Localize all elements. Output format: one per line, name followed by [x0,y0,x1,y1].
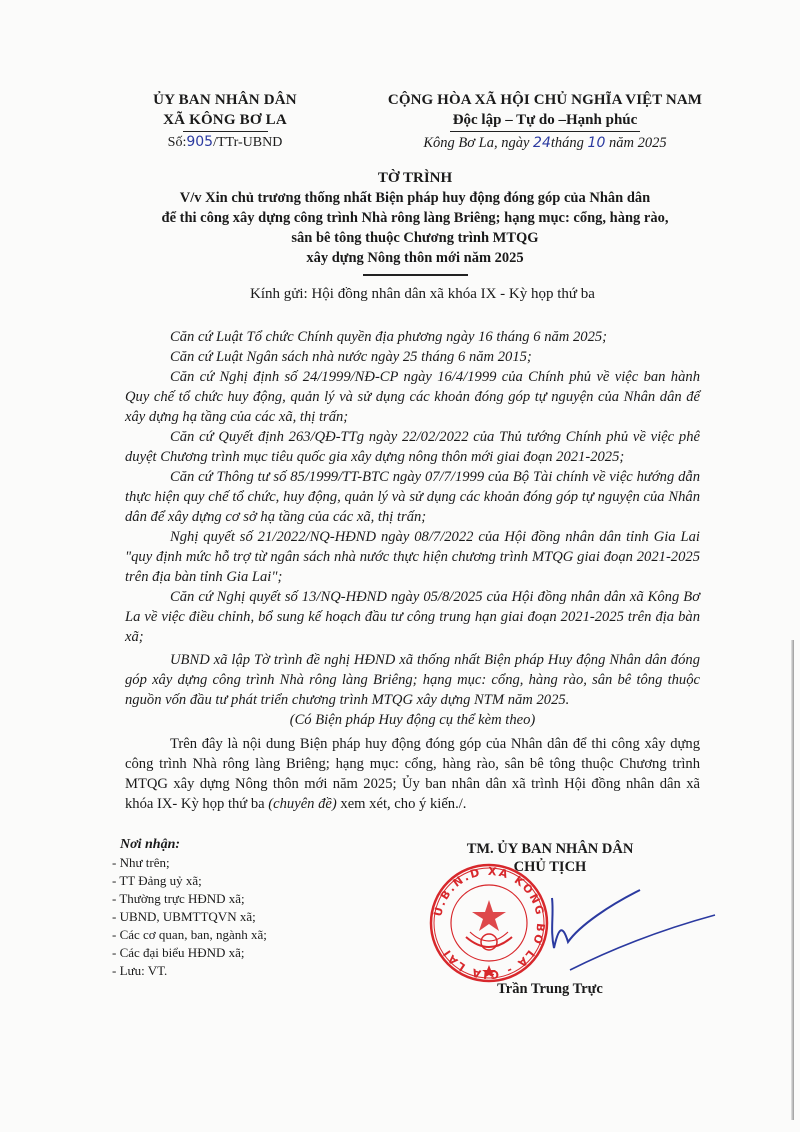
addressee: Kính gửi: Hội đồng nhân dân xã khóa IX -… [250,286,595,303]
signature-block: TM. ỦY BAN NHÂN DÂN CHỦ TỊCH Trần Trung … [420,840,680,998]
subject-line: V/v Xin chủ trương thống nhất Biện pháp … [120,188,710,208]
recipient-item: - TT Đảng uỷ xã; [112,872,267,890]
legal-basis: Căn cứ Luật Ngân sách nhà nước ngày 25 t… [125,347,700,367]
subject-line: để thi công xây dựng công trình Nhà rông… [120,208,710,228]
legal-basis: UBND xã lập Tờ trình đề nghị HĐND xã thố… [125,650,700,710]
authority-line-1: ỦY BAN NHÂN DÂN [140,90,310,110]
on-behalf-of: TM. ỦY BAN NHÂN DÂN [420,840,680,858]
recipients-label: Nơi nhận: [120,836,267,854]
motto-underline [450,131,640,132]
national-title: CỘNG HÒA XÃ HỘI CHỦ NGHĨA VIỆT NAM [355,90,735,110]
recipient-item: - Thường trực HĐND xã; [112,890,267,908]
date-day-handwritten: 24 [533,135,551,151]
subject-line: xây dựng Nông thôn mới năm 2025 [120,248,710,268]
legal-basis: Căn cứ Nghị định số 24/1999/NĐ-CP ngày 1… [125,367,700,427]
subject-line: sân bê tông thuộc Chương trình MTQG [120,228,710,248]
authority-line-2: XÃ KÔNG BƠ LA [140,110,310,130]
legal-basis: Căn cứ Nghị quyết số 13/NQ-HĐND ngày 05/… [125,587,700,647]
legal-basis: Nghị quyết số 21/2022/NQ-HĐND ngày 08/7/… [125,527,700,587]
legal-basis: Căn cứ Quyết định 263/QĐ-TTg ngày 22/02/… [125,427,700,467]
date-year: năm 2025 [605,135,666,151]
recipient-item: - Như trên; [112,854,267,872]
closing-text-end: xem xét, cho ý kiến./. [337,796,467,812]
place-date-line: Kông Bơ La, ngày 24tháng 10 năm 2025 [355,133,735,153]
date-place: Kông Bơ La, ngày [423,135,533,151]
closing-italic: (chuyên đề) [268,796,336,812]
national-heading-block: CỘNG HÒA XÃ HỘI CHỦ NGHĨA VIỆT NAM Độc l… [355,90,735,153]
national-motto: Độc lập – Tự do –Hạnh phúc [355,110,735,130]
recipient-item: - Các đại biểu HĐND xã; [112,944,267,962]
date-month-label: tháng [551,135,588,151]
recipients-block: Nơi nhận: - Như trên; - TT Đảng uỷ xã; -… [112,836,267,980]
recipient-item: - Lưu: VT. [112,962,267,980]
title-underline [363,274,468,276]
document-page: ỦY BAN NHÂN DÂN XÃ KÔNG BƠ LA Số:905/TTr… [0,0,800,1132]
attachment-note: (Có Biện pháp Huy động cụ thể kèm theo) [125,710,700,730]
document-number: Số:905/TTr-UBND [140,132,310,153]
legal-basis: Căn cứ Luật Tổ chức Chính quyền địa phươ… [125,327,700,347]
document-type: TỜ TRÌNH [120,168,710,188]
signer-position: CHỦ TỊCH [420,858,680,876]
recipient-item: - Các cơ quan, ban, ngành xã; [112,926,267,944]
closing-paragraph: Trên đây là nội dung Biện pháp huy động … [125,734,700,814]
document-body: Căn cứ Luật Tổ chức Chính quyền địa phươ… [125,327,700,814]
scan-edge-shadow [791,640,794,1120]
doc-number-prefix: Số: [168,135,187,150]
legal-basis: Căn cứ Thông tư số 85/1999/TT-BTC ngày 0… [125,467,700,527]
doc-number-handwritten: 905 [186,134,213,150]
document-title-block: TỜ TRÌNH V/v Xin chủ trương thống nhất B… [120,168,710,276]
doc-number-suffix: /TTr-UBND [213,135,282,150]
recipient-item: - UBND, UBMTTQVN xã; [112,908,267,926]
date-month-handwritten: 10 [588,135,606,151]
signer-name: Trần Trung Trực [420,980,680,998]
issuing-authority-block: ỦY BAN NHÂN DÂN XÃ KÔNG BƠ LA Số:905/TTr… [140,90,310,153]
